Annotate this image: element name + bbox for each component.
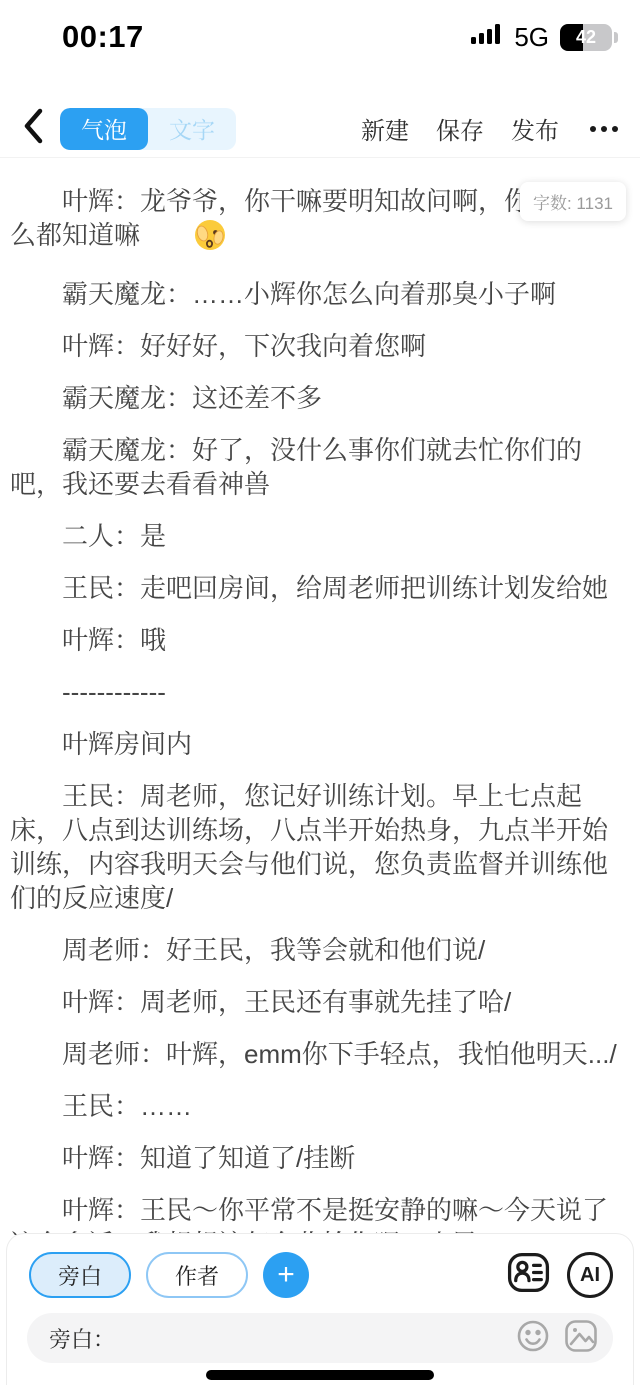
- tab-text-mode[interactable]: 文字: [148, 108, 236, 150]
- new-button[interactable]: 新建: [361, 111, 409, 146]
- dialogue-paragraph[interactable]: 霸天魔龙：这还差不多: [10, 381, 630, 415]
- home-indicator[interactable]: [206, 1370, 434, 1380]
- message-input[interactable]: 旁白：: [27, 1313, 613, 1363]
- dialogue-paragraph[interactable]: 王民：周老师，您记好训练计划。早上七点起床，八点到达训练场，八点半开始热身，九点…: [10, 779, 630, 915]
- dialogue-paragraph[interactable]: 叶辉：知道了知道了/挂断: [10, 1141, 630, 1175]
- battery-percent: 42: [560, 24, 612, 51]
- role-chip-narration[interactable]: 旁白: [29, 1252, 131, 1298]
- dialogue-paragraph[interactable]: 叶辉：王民～你平常不是挺安静的嘛～今天说了这么多话，我想想该怎么收拾你呢～小民～: [10, 1193, 630, 1235]
- image-picker-button[interactable]: [563, 1318, 599, 1359]
- mode-toggle: 气泡 文字: [60, 108, 236, 150]
- input-role-prefix: 旁白：: [49, 1323, 115, 1354]
- role-chip-author[interactable]: 作者: [146, 1252, 248, 1298]
- dialogue-paragraph[interactable]: 王民：……: [10, 1089, 630, 1123]
- publish-button[interactable]: 发布: [511, 111, 559, 146]
- ai-assistant-button[interactable]: AI: [567, 1252, 613, 1298]
- composer-panel: 旁白 作者 + AI 旁白：: [6, 1233, 634, 1385]
- word-count-badge: 字数: 1131: [520, 182, 626, 221]
- editor-content: 字数: 1131 叶辉：龙爷爷，你干嘛要明知故问啊，你不是什么都知道嘛霸天魔龙：…: [0, 176, 640, 1235]
- back-button[interactable]: [22, 107, 46, 150]
- chevron-left-icon: [22, 107, 46, 150]
- more-menu-button[interactable]: [586, 126, 618, 132]
- add-role-button[interactable]: +: [263, 1252, 309, 1298]
- peeking-face-emoji-icon: [142, 219, 226, 259]
- dialogue-paragraph[interactable]: 叶辉：哦: [10, 623, 630, 657]
- dialogue-paragraph[interactable]: 叶辉：周老师，王民还有事就先挂了哈/: [10, 985, 630, 1019]
- save-button[interactable]: 保存: [436, 111, 484, 146]
- clock: 00:17: [62, 19, 144, 55]
- nav-bar: 气泡 文字 新建 保存 发布: [0, 100, 640, 158]
- dialogue-paragraph[interactable]: 二人：是: [10, 519, 630, 553]
- dialogue-paragraph[interactable]: 霸天魔龙：……小辉你怎么向着那臭小子啊: [10, 277, 630, 311]
- dialogue-paragraph[interactable]: 周老师：好王民，我等会就和他们说/: [10, 933, 630, 967]
- contact-card-icon: [505, 1283, 552, 1300]
- dialogue-paragraph[interactable]: 王民：走吧回房间，给周老师把训练计划发给她: [10, 571, 630, 605]
- dialogue-paragraph[interactable]: 霸天魔龙：好了，没什么事你们就去忙你们的吧，我还要去看看神兽: [10, 433, 630, 501]
- dialogue-paragraph[interactable]: 叶辉房间内: [10, 727, 630, 761]
- battery-icon: 42: [560, 24, 618, 51]
- tab-bubble-mode[interactable]: 气泡: [60, 108, 148, 150]
- emoji-picker-button[interactable]: [516, 1319, 550, 1358]
- status-bar: 00:17 5G 42: [0, 14, 640, 60]
- dialogue-paragraph[interactable]: 叶辉：好好好，下次我向着您啊: [10, 329, 630, 363]
- character-card-button[interactable]: [505, 1249, 552, 1301]
- signal-strength-icon: [471, 24, 503, 51]
- dialogue-paragraph[interactable]: ------------: [10, 675, 630, 709]
- dialogue-paragraph[interactable]: 周老师：叶辉，emm你下手轻点，我怕他明天.../: [10, 1037, 630, 1071]
- network-type-label: 5G: [514, 22, 549, 53]
- dialogue-list: 叶辉：龙爷爷，你干嘛要明知故问啊，你不是什么都知道嘛霸天魔龙：……小辉你怎么向着…: [10, 184, 630, 1235]
